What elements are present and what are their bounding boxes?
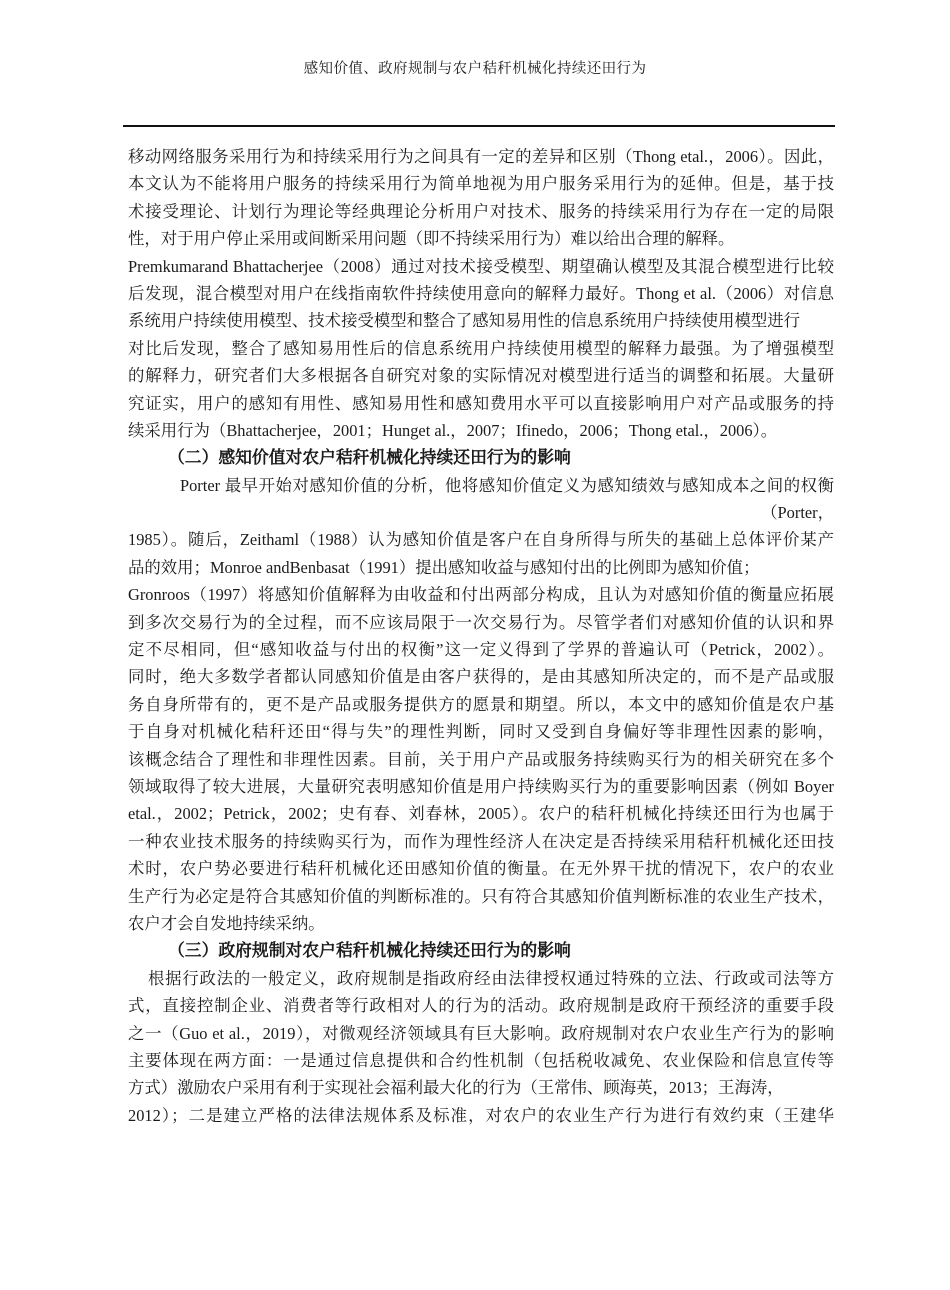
header-rule (123, 125, 835, 127)
text-line: 系统用户持续使用模型、技术接受模型和整合了感知易用性的信息系统用户持续使用模型进… (128, 307, 834, 334)
text-line: Gronroos（1997）将感知价值解释为由收益和付出两部分构成，且认为对感知… (128, 581, 834, 608)
paragraph: Porter 最早开始对感知价值的分析，他将感知价值定义为感知绩效与感知成本之间… (128, 472, 834, 938)
text-line: 领域取得了较大进展，大量研究表明感知价值是用户持续购买行为的重要影响因素（例如 … (128, 773, 834, 800)
text-line: 品的效用；Monroe andBenbasat（1991）提出感知收益与感知付出… (128, 554, 834, 581)
text-line: 1985）。随后，Zeithaml（1988）认为感知价值是客户在自身所得与所失… (128, 526, 834, 553)
text-line: 定不尽相同，但“感知收益与付出的权衡”这一定义得到了学界的普遍认可（Petric… (128, 636, 834, 663)
text-line: 续采用行为（Bhattacherjee，2001；Hunget al.，2007… (128, 417, 834, 444)
text-line: Porter 最早开始对感知价值的分析，他将感知价值定义为感知绩效与感知成本之间… (128, 472, 834, 499)
document-content: 移动网络服务采用行为和持续采用行为之间具有一定的差异和区别（Thong etal… (128, 143, 834, 1129)
text-line: 该概念结合了理性和非理性因素。目前，关于用户产品或服务持续购买行为的相关研究在多… (128, 746, 834, 773)
text-line: 之一（Guo et al.，2019），对微观经济领域具有巨大影响。政府规制对农… (128, 1020, 834, 1047)
text-line: Premkumarand Bhattacherjee（2008）通过对技术接受模… (128, 253, 834, 280)
text-line: 方式）激励农户采用有利于实现社会福利最大化的行为（王常伟、顾海英，2013；王海… (128, 1074, 834, 1101)
text-line: 术接受理论、计划行为理论等经典理论分析用户对技术、服务的持续采用行为存在一定的局… (128, 198, 834, 225)
text-line: 主要体现在两方面：一是通过信息提供和合约性机制（包括税收减免、农业保险和信息宣传… (128, 1047, 834, 1074)
text-line: 到多次交易行为的全过程，而不应该局限于一次交易行为。尽管学者们对感知价值的认识和… (128, 609, 834, 636)
text-line: 后发现，混合模型对用户在线指南软件持续使用意向的解释力最好。Thong et a… (128, 280, 834, 307)
text-line: 对比后发现，整合了感知易用性后的信息系统用户持续使用模型的解释力最强。为了增强模… (128, 335, 834, 362)
text-line: 移动网络服务采用行为和持续采用行为之间具有一定的差异和区别（Thong etal… (128, 143, 834, 170)
text-line: 同时，绝大多数学者都认同感知价值是由客户获得的，是由其感知所决定的，而不是产品或… (128, 663, 834, 690)
text-line: 本文认为不能将用户服务的持续采用行为简单地视为用户服务采用行为的延伸。但是，基于… (128, 170, 834, 197)
text-line: 务自身所带有的，更不是产品或服务提供方的愿景和期望。所以，本文中的感知价值是农户… (128, 691, 834, 718)
text-line: 农户才会自发地持续采纳。 (128, 910, 834, 937)
document-page: 感知价值、政府规制与农户秸秆机械化持续还田行为 移动网络服务采用行为和持续采用行… (0, 0, 950, 1290)
text-line: （Porter， (128, 499, 834, 526)
paragraph: 根据行政法的一般定义，政府规制是指政府经由法律授权通过特殊的立法、行政或司法等方… (128, 965, 834, 1129)
text-line: 2012）；二是建立严格的法律法规体系及标准，对农户的农业生产行为进行有效约束（… (128, 1102, 834, 1129)
text-line: etal.，2002；Petrick，2002；史有春、刘春林，2005）。农户… (128, 800, 834, 827)
paragraph: 移动网络服务采用行为和持续采用行为之间具有一定的差异和区别（Thong etal… (128, 143, 834, 444)
text-line: 一种农业技术服务的持续购买行为，而作为理性经济人在决定是否持续采用秸秆机械化还田… (128, 828, 834, 855)
text-line: 性，对于用户停止采用或间断采用问题（即不持续采用行为）难以给出合理的解释。 (128, 225, 834, 252)
text-line: 于自身对机械化秸秆还田“得与失”的理性判断，同时又受到自身偏好等非理性因素的影响… (128, 718, 834, 745)
text-line: 的解释力，研究者们大多根据各自研究对象的实际情况对模型进行适当的调整和拓展。大量… (128, 362, 834, 389)
text-line: 究证实，用户的感知有用性、感知易用性和感知费用水平可以直接影响用户对产品或服务的… (128, 390, 834, 417)
section-heading: （二）感知价值对农户秸秆机械化持续还田行为的影响 (128, 444, 834, 471)
text-line: 生产行为必定是符合其感知价值的判断标准的。只有符合其感知价值判断标准的农业生产技… (128, 883, 834, 910)
text-line: 术时，农户势必要进行秸秆机械化还田感知价值的衡量。在无外界干扰的情况下，农户的农… (128, 855, 834, 882)
page-header-title: 感知价值、政府规制与农户秸秆机械化持续还田行为 (0, 57, 950, 78)
section-heading: （三）政府规制对农户秸秆机械化持续还田行为的影响 (128, 937, 834, 964)
text-line: 根据行政法的一般定义，政府规制是指政府经由法律授权通过特殊的立法、行政或司法等方 (128, 965, 834, 992)
text-line: 式，直接控制企业、消费者等行政相对人的行为的活动。政府规制是政府干预经济的重要手… (128, 992, 834, 1019)
